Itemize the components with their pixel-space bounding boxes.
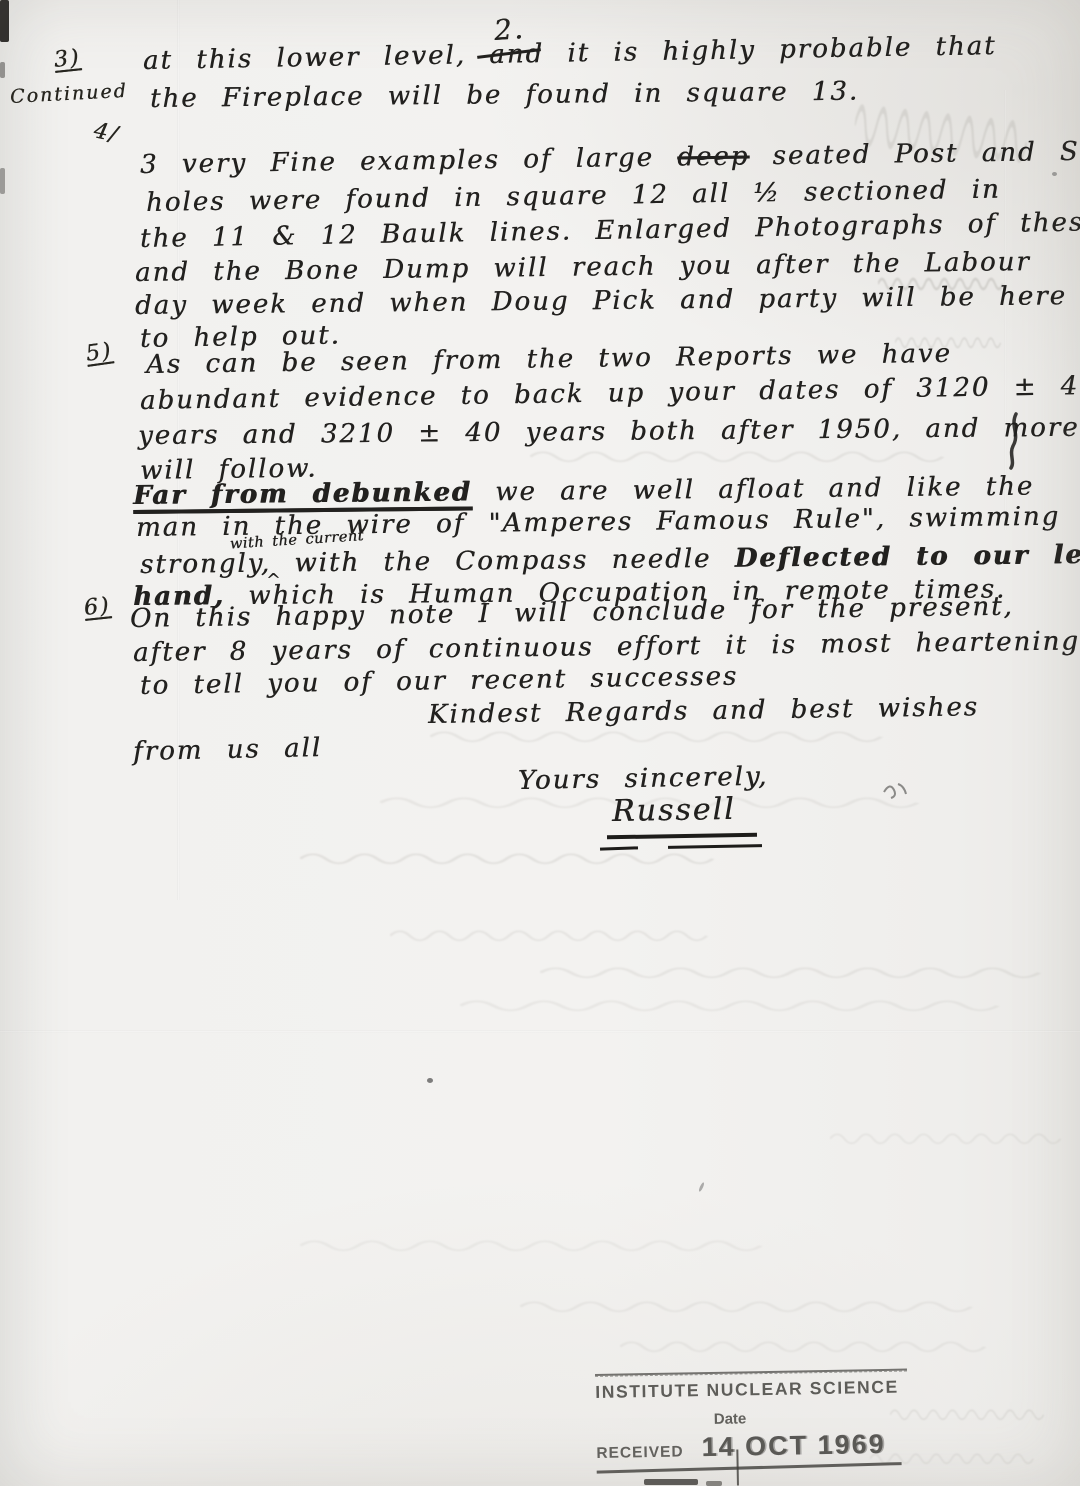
line-text: with the Compass needle [271, 544, 735, 579]
received-stamp: INSTITUTE NUCLEAR SCIENCE Date RECEIVED … [595, 1369, 909, 1472]
ink-speck [1052, 172, 1057, 176]
scanned-letter-page: 2. 3) Continued 4/ 5) 6) at this lower l… [0, 0, 1080, 1486]
signature: Russell [612, 792, 736, 829]
handwritten-line: 3 very Fine examples of large deep seate… [140, 136, 1080, 180]
ghost-showthrough [460, 995, 1020, 1013]
stamp-received-label: RECEIVED [596, 1443, 684, 1463]
margin-para3-label: 3) [53, 45, 82, 73]
scan-edge-mark [0, 0, 9, 42]
margin-para4-label: 4/ [91, 118, 121, 148]
emphasized-underlined-text: Far from debunked [133, 477, 472, 511]
margin-continued-label: Continued [9, 80, 128, 108]
handwritten-line: to tell you of our recent successes [140, 662, 739, 701]
handwritten-line: after 8 years of continuous effort it is… [133, 626, 1080, 668]
ghost-showthrough [620, 1336, 1000, 1354]
margin-para6-label: 6) [83, 593, 112, 621]
line-text: seated Post and Stake [749, 136, 1080, 172]
horizontal-fold-crease [0, 1030, 1080, 1033]
stamp-date-value: 14 OCT 1969 [701, 1429, 886, 1463]
ink-speck [427, 1078, 433, 1083]
stamp-partial-row-cutoff [706, 1481, 722, 1486]
stamp-date-label: Date [714, 1408, 908, 1428]
signature-underline-dash [668, 844, 762, 848]
line-text: strongly, [140, 549, 271, 580]
signature-underline [607, 833, 757, 840]
ghost-showthrough [390, 925, 720, 943]
stamp-institute-name: INSTITUTE NUCLEAR SCIENCE [595, 1377, 907, 1403]
ink-smudge [882, 780, 908, 800]
margin-para5-label: 5) [84, 338, 114, 366]
ghost-showthrough [540, 962, 1060, 980]
ghost-showthrough [830, 1128, 1070, 1146]
ghost-showthrough [300, 1235, 780, 1253]
emphasized-text: Deflected to our left [734, 540, 1080, 574]
ink-speck [698, 1182, 705, 1192]
closing-yours-sincerely: Yours sincerely, [518, 762, 769, 796]
scan-edge-mark [0, 62, 5, 78]
struck-word: deep [677, 141, 749, 172]
closing-regards: Kindest Regards and best wishes [428, 692, 979, 730]
handwritten-line: at this lower level, and it is highly pr… [143, 31, 997, 76]
line-text: 3 very Fine examples of large [140, 143, 678, 180]
handwritten-line: the Fireplace will be found in square 13… [150, 77, 859, 114]
ghost-showthrough [890, 1404, 1050, 1422]
stamp-top-rule [595, 1369, 907, 1377]
ghost-showthrough [300, 848, 730, 866]
closing-from-us: from us all [133, 733, 323, 767]
handwritten-line: years and 3210 ± 40 years both after 195… [138, 413, 1080, 451]
scan-edge-mark [0, 168, 5, 194]
signature-underline-dash [600, 846, 638, 850]
stamp-partial-row-cutoff [644, 1479, 698, 1485]
handwritten-line: and the Bone Dump will reach you after t… [135, 247, 1031, 288]
ghost-showthrough [530, 446, 960, 464]
handwritten-line: day week end when Doug Pick and party wi… [135, 281, 1067, 321]
ghost-showthrough [520, 1296, 990, 1314]
